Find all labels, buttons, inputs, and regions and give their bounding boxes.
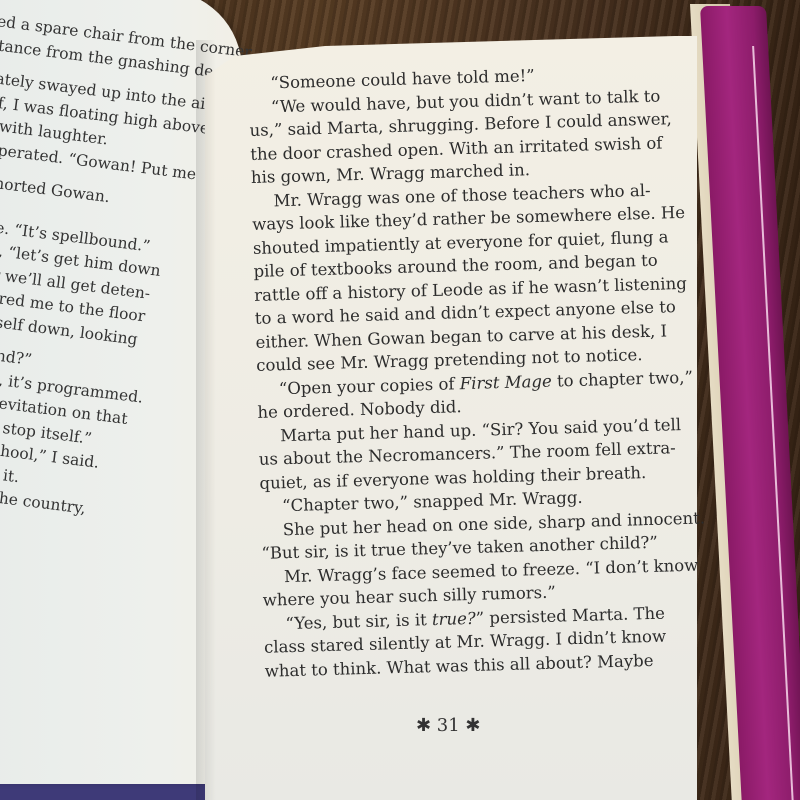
book-gutter-shadow xyxy=(196,40,216,800)
italic-title: true? xyxy=(432,608,476,628)
italic-title: First Mage xyxy=(459,371,552,393)
left-page-text: ched a spare chair from the corner,dista… xyxy=(0,8,218,530)
page-number: ✱ 31 ✱ xyxy=(416,715,481,736)
right-page-text: “Someone could have told me!”“We would h… xyxy=(248,60,705,683)
